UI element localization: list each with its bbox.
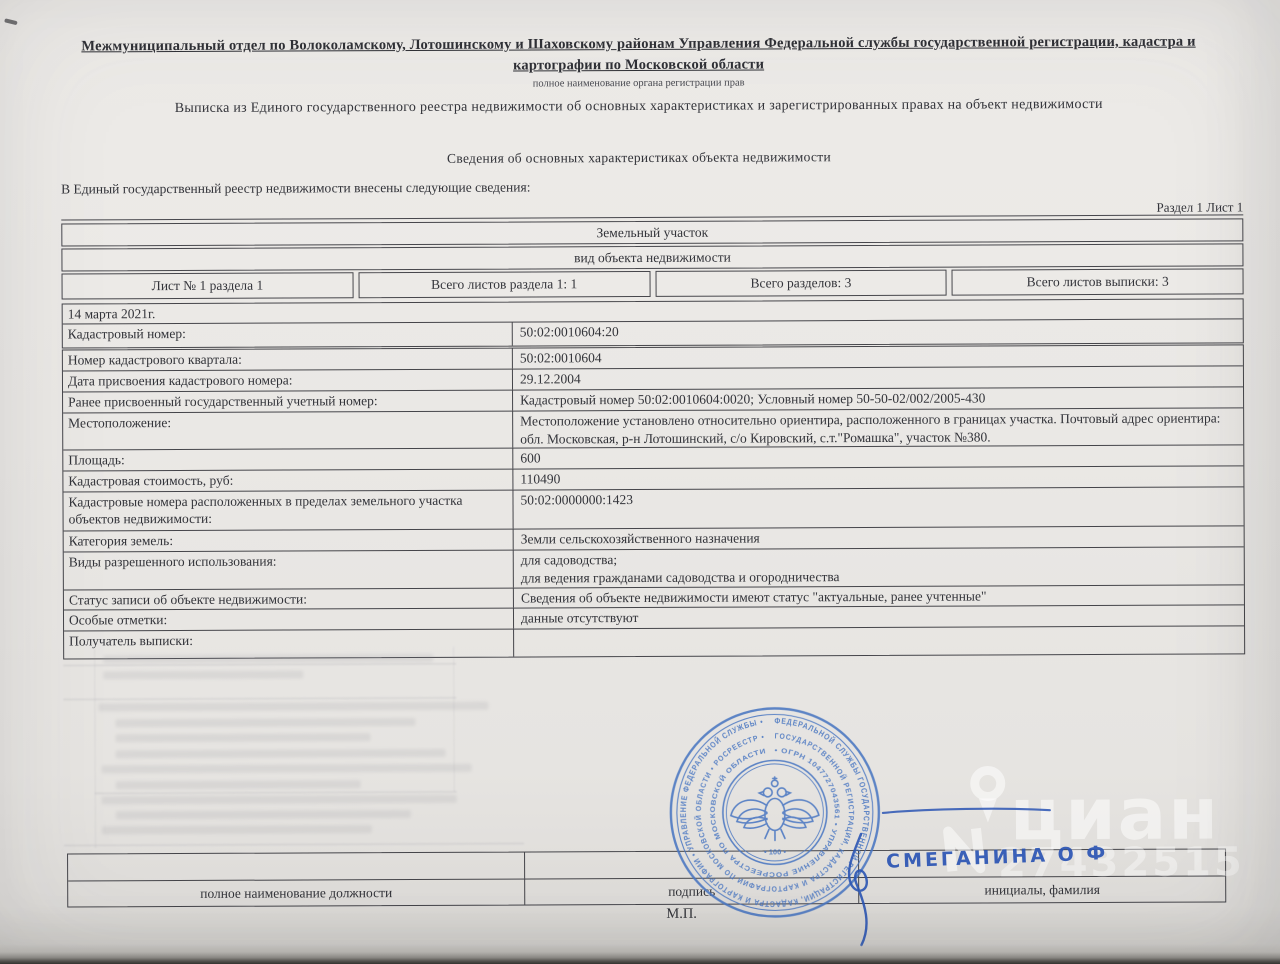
position-value-cell [68,853,524,881]
stamp-inner-ring-text: • ОГРН 1047727043561 • УПРАВЛЕНИЕ РОСРЕЕ… [709,747,840,878]
row-label: Местоположение: [63,412,513,450]
main-table-top: 14 марта 2021г. Кадастровый номер: 50:02… [62,298,1244,348]
row-label: Виды разрешенного использования: [64,551,514,590]
row-label: Категория земель: [64,530,514,552]
row-label: Площадь: [63,449,513,471]
authority-name-caption: полное наименование органа регистрации п… [59,75,1219,91]
row-label: Дата присвоения кадастрового номера: [63,370,513,392]
double-headed-eagle-icon [731,777,819,841]
row-value: Кадастровый номер 50:02:0010604:0020; Ус… [513,387,1243,410]
bleed-through-text-line [102,825,372,834]
bleed-through-rule [453,647,455,792]
bleed-through-text-line [103,670,303,679]
row-value: Земли сельскохозяйственного назначения [514,526,1244,549]
bleed-through-rule [63,663,456,666]
bleed-through-text-line [102,764,472,774]
row-label: Ранее присвоенный государственный учетны… [63,391,513,413]
bleed-through-text-line [116,810,411,819]
document-page: Межмуниципальный отдел по Волоколамскому… [0,0,1280,964]
document-title: Выписка из Единого государственного реес… [49,96,1229,117]
row-value: данные отсутствуют [514,605,1244,628]
photo-edge-shadow [0,944,1280,964]
position-caption: полное наименование должности [68,880,524,907]
bleed-through-rule [95,791,457,794]
row-value: 50:02:0010604 [513,345,1243,368]
signature-squiggle [830,829,901,951]
bleed-through-rule [64,843,524,847]
registration-authority-name: Межмуниципальный отдел по Волоколамскому… [58,31,1218,78]
table-row: Местоположение:Местоположение установлен… [63,407,1243,449]
sheet-info-cell: Всего листов раздела 1: 1 [358,271,650,298]
row-label: Статус записи об объекте недвижимости: [64,589,514,610]
row-value: для садоводства; для ведения гражданами … [514,547,1244,587]
row-value [514,626,1244,656]
bleed-through-text-line [115,718,415,727]
object-type-caption: вид объекта недвижимости [61,243,1243,271]
sheet-info-cell: Всего листов выписки: 3 [952,268,1244,295]
table-row: Получатель выписки: [64,625,1244,658]
bleed-through-text-line [116,733,371,742]
row-label: Номер кадастрового квартала: [63,349,513,371]
row-value: 600 [513,445,1243,468]
table-row: Виды разрешенного использования:для садо… [64,546,1244,589]
pen-underline [881,806,1053,817]
row-label: Кадастровые номера расположенных в преде… [63,491,513,531]
main-table-body: Номер кадастрового квартала:50:02:001060… [62,344,1245,659]
signature-table-row-captions: полное наименование должности подпись ин… [68,875,1225,906]
name-caption: инициалы, фамилия [858,876,1225,903]
row-value: 50:02:0000000:1423 [513,487,1243,528]
row-label: Кадастровая стоимость, руб: [63,470,513,492]
map-pin-icon [954,758,1018,836]
row-label: Кадастровый номер: [63,323,513,348]
row-value: 50:02:0010604:20 [513,319,1243,345]
stamp-center-number: • 100 • [764,847,786,856]
sheet-info-cell: Всего разделов: 3 [655,270,947,297]
row-value: Сведения об объекте недвижимости имеют с… [514,585,1244,607]
bleed-through-rule [63,697,456,700]
row-value: 110490 [513,466,1243,489]
row-value: 29.12.2004 [513,366,1243,389]
intro-line: В Единый государственный реестр недвижим… [61,179,530,197]
bleed-through-rule [94,648,96,848]
table-row: Кадастровые номера расположенных в преде… [63,486,1243,530]
object-type-value: Земельный участок [61,218,1243,246]
bleed-through-text-line [116,780,361,789]
section-title: Сведения об основных характеристиках объ… [59,147,1219,168]
bleed-through-text-line [98,702,488,712]
row-label: Особые отметки: [64,609,514,631]
row-value: Местоположение установлено относительно … [513,408,1243,447]
bleed-through-text-line [102,795,457,805]
sheet-info-cell: Лист № 1 раздела 1 [62,272,354,299]
svg-text:• ОГРН 1047727043561 • УПРАВЛЕ: • ОГРН 1047727043561 • УПРАВЛЕНИЕ РОСРЕЕ… [709,747,840,878]
scanned-document: Межмуниципальный отдел по Волоколамскому… [0,0,1280,964]
scan-artifact-mark [4,18,18,25]
row-label: Получатель выписки: [64,630,514,659]
bleed-through-text-line [116,749,446,758]
sheet-info-row: Лист № 1 раздела 1 Всего листов раздела … [62,268,1244,299]
